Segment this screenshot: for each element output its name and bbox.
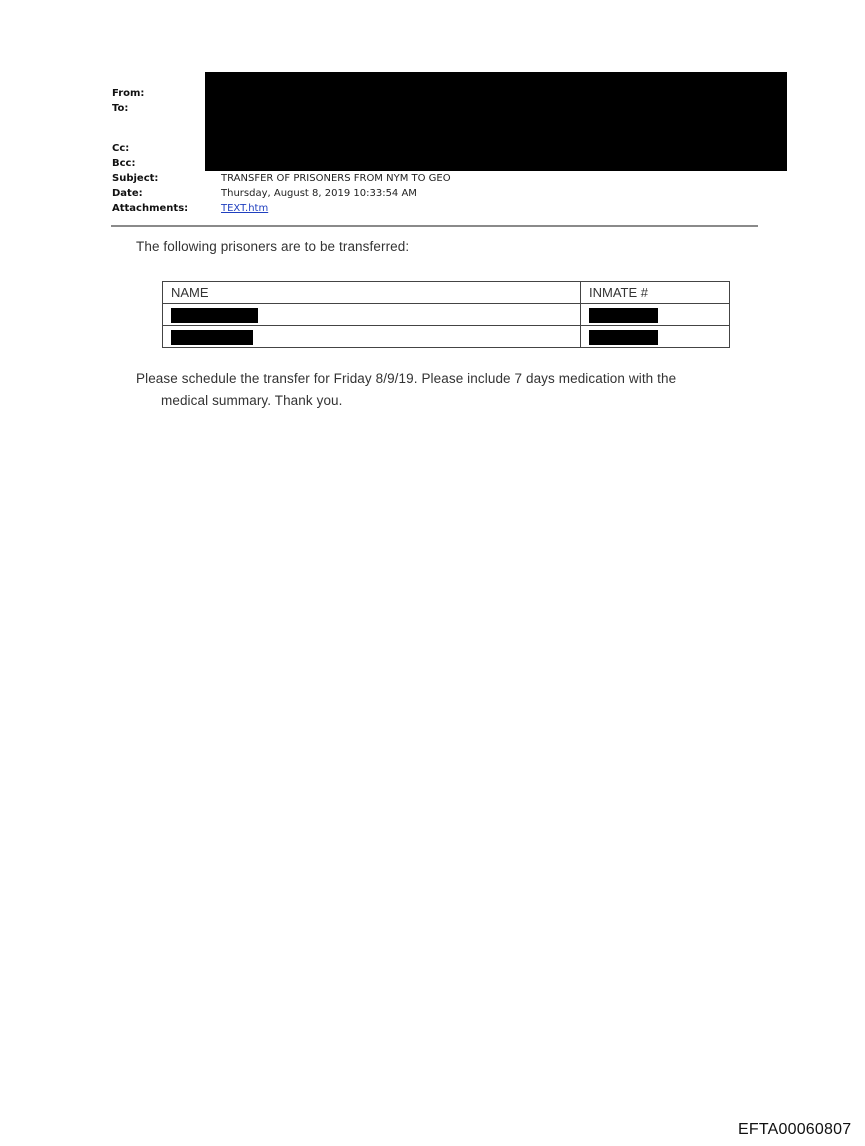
attachment-link[interactable]: TEXT.htm: [221, 203, 268, 214]
table-header-row: NAME INMATE #: [163, 282, 730, 304]
inmate-number-redaction: [589, 308, 658, 323]
cc-label: Cc:: [112, 143, 129, 154]
closing-text-line-1: Please schedule the transfer for Friday …: [136, 371, 676, 386]
inmate-number-cell: [581, 304, 730, 326]
from-label: From:: [112, 88, 144, 99]
recipients-redaction: [205, 72, 787, 171]
prisoner-name-cell: [163, 304, 581, 326]
column-header-inmate-number: INMATE #: [581, 282, 730, 304]
prisoner-name-cell: [163, 326, 581, 348]
header-divider: [111, 225, 758, 227]
prisoner-table: NAME INMATE #: [162, 281, 730, 348]
name-redaction: [171, 308, 258, 323]
attachments-label: Attachments:: [112, 203, 188, 214]
table-row: [163, 326, 730, 348]
inmate-number-redaction: [589, 330, 658, 345]
bcc-label: Bcc:: [112, 158, 135, 169]
column-header-name: NAME: [163, 282, 581, 304]
subject-label: Subject:: [112, 173, 158, 184]
date-value: Thursday, August 8, 2019 10:33:54 AM: [221, 188, 417, 199]
subject-value: TRANSFER OF PRISONERS FROM NYM TO GEO: [221, 173, 451, 184]
intro-text: The following prisoners are to be transf…: [136, 239, 409, 254]
table-row: [163, 304, 730, 326]
to-label: To:: [112, 103, 128, 114]
name-redaction: [171, 330, 253, 345]
document-id: EFTA00060807: [738, 1121, 851, 1139]
date-label: Date:: [112, 188, 143, 199]
inmate-number-cell: [581, 326, 730, 348]
closing-text-line-2: medical summary. Thank you.: [161, 393, 343, 408]
